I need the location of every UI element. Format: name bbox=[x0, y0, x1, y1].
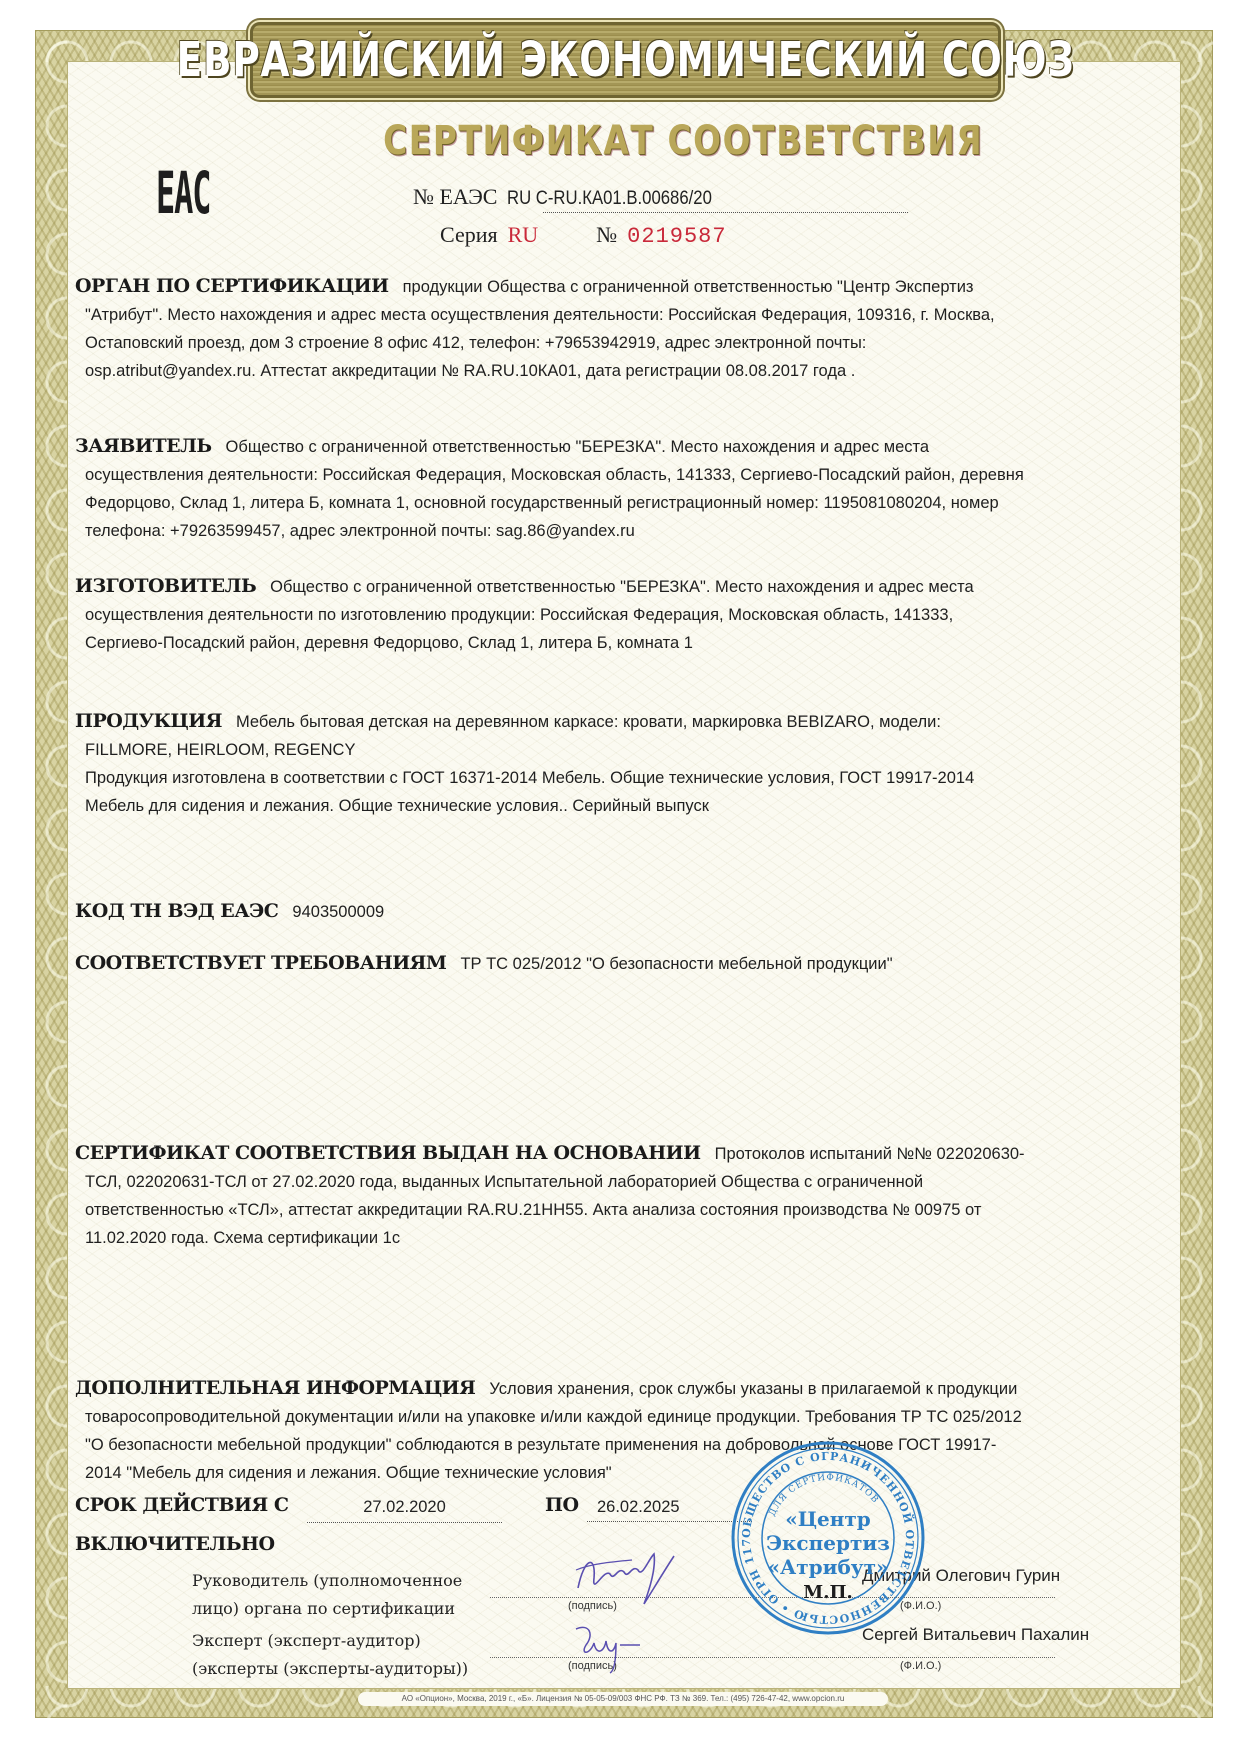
seal-place-label: М.П. bbox=[803, 1582, 852, 1603]
validity-to-label: ПО bbox=[545, 1494, 579, 1516]
blank-number-label: № bbox=[596, 222, 617, 247]
section-line: Продукция изготовлена в соответствии с Г… bbox=[75, 764, 1165, 792]
union-banner: ЕВРАЗИЙСКИЙ ЭКОНОМИЧЕСКИЙ СОЮЗ bbox=[250, 22, 1001, 98]
section-heading: СООТВЕТСТВУЕТ ТРЕБОВАНИЯМ bbox=[75, 952, 446, 974]
expert-label-line: (эксперты (эксперты-аудиторы)) bbox=[192, 1655, 492, 1683]
section-applicant: ЗАЯВИТЕЛЬОбщество с ограниченной ответст… bbox=[75, 432, 1165, 545]
section-line: "О безопасности мебельной продукции" соб… bbox=[75, 1431, 1165, 1459]
section-text: Общество с ограниченной ответственностью… bbox=[270, 578, 974, 596]
expert-handwritten-signature-icon bbox=[570, 1615, 650, 1675]
certificate-number: RU C-RU.КА01.В.00686/20 bbox=[507, 188, 712, 210]
section-text: Протоколов испытаний №№ 022020630- bbox=[715, 1145, 1025, 1163]
section-line: осуществления деятельности: Российская Ф… bbox=[75, 461, 1165, 489]
section-text: Условия хранения, срок службы указаны в … bbox=[489, 1380, 1017, 1398]
certificate-page: ЕВРАЗИЙСКИЙ ЭКОНОМИЧЕСКИЙ СОЮЗ СЕРТИФИКА… bbox=[0, 0, 1240, 1754]
certificate-title: СЕРТИФИКАТ СООТВЕТСТВИЯ bbox=[383, 118, 867, 166]
printer-imprint: АО «Опцион», Москва, 2019 г., «Б». Лицен… bbox=[358, 1692, 888, 1706]
section-line: Сергиево-Посадский район, деревня Федорц… bbox=[75, 629, 1165, 657]
hs-code-value: 9403500009 bbox=[292, 903, 384, 921]
section-line: Остаповский проезд, дом 3 строение 8 офи… bbox=[75, 329, 1165, 357]
union-title: ЕВРАЗИЙСКИЙ ЭКОНОМИЧЕСКИЙ СОЮЗ bbox=[176, 32, 1074, 88]
frame-ornament-left bbox=[35, 30, 67, 1718]
head-signatory-label: Руководитель (уполномоченное лицо) орган… bbox=[192, 1567, 492, 1623]
blank-number: 0219587 bbox=[627, 224, 726, 249]
section-line: Мебель для сидения и лежания. Общие техн… bbox=[75, 792, 1165, 820]
section-text: продукции Общества с ограниченной ответс… bbox=[403, 278, 974, 296]
section-line: 11.02.2020 года. Схема сертификации 1с bbox=[75, 1224, 1165, 1252]
section-text: Мебель бытовая детская на деревянном кар… bbox=[236, 713, 941, 731]
section-line: Федорцово, Склад 1, литера Б, комната 1,… bbox=[75, 489, 1165, 517]
section-line: FILLMORE, HEIRLOOM, REGENCY bbox=[75, 736, 1165, 764]
section-line: osp.atribut@yandex.ru. Аттестат аккредит… bbox=[75, 357, 1165, 385]
stamp-line-1: «Центр bbox=[785, 1507, 871, 1531]
section-certification-body: ОРГАН ПО СЕРТИФИКАЦИИпродукции Общества … bbox=[75, 272, 1165, 385]
certificate-number-label: № ЕАЭС bbox=[413, 184, 497, 209]
series-value: RU bbox=[508, 222, 539, 247]
expert-label-line: Эксперт (эксперт-аудитор) bbox=[192, 1627, 492, 1655]
name-caption: (Ф.И.О.) bbox=[900, 1660, 941, 1672]
section-line: ТСЛ, 022020631-ТСЛ от 27.02.2020 года, в… bbox=[75, 1168, 1165, 1196]
validity-from-date: 27.02.2020 bbox=[307, 1498, 502, 1523]
section-conformity: СООТВЕТСТВУЕТ ТРЕБОВАНИЯМТР ТС 025/2012 … bbox=[75, 949, 1165, 978]
section-heading: ДОПОЛНИТЕЛЬНАЯ ИНФОРМАЦИЯ bbox=[75, 1377, 475, 1399]
series-label: Серия bbox=[440, 222, 498, 247]
section-additional-info: ДОПОЛНИТЕЛЬНАЯ ИНФОРМАЦИЯУсловия хранени… bbox=[75, 1374, 1165, 1487]
section-heading: СЕРТИФИКАТ СООТВЕТСТВИЯ ВЫДАН НА ОСНОВАН… bbox=[75, 1142, 701, 1164]
section-hs-code: КОД ТН ВЭД ЕАЭС9403500009 bbox=[75, 897, 1165, 926]
expert-signatory-label: Эксперт (эксперт-аудитор) (эксперты (экс… bbox=[192, 1627, 492, 1683]
section-manufacturer: ИЗГОТОВИТЕЛЬОбщество с ограниченной отве… bbox=[75, 572, 1165, 657]
section-heading: ЗАЯВИТЕЛЬ bbox=[75, 435, 212, 457]
section-line: 2014 "Мебель для сидения и лежания. Общи… bbox=[75, 1459, 1165, 1487]
section-heading: ПРОДУКЦИЯ bbox=[75, 710, 222, 732]
section-line: ответственностью «ТСЛ», аттестат аккреди… bbox=[75, 1196, 1165, 1224]
certificate-number-row: № ЕАЭС RU C-RU.КА01.В.00686/20 bbox=[413, 184, 933, 214]
eac-logo-icon: ЕАС bbox=[156, 160, 182, 226]
validity-from-label: СРОК ДЕЙСТВИЯ С bbox=[75, 1494, 288, 1516]
section-text: Общество с ограниченной ответственностью… bbox=[226, 438, 930, 456]
section-product: ПРОДУКЦИЯМебель бытовая детская на дерев… bbox=[75, 707, 1165, 820]
head-label-line: лицо) органа по сертификации bbox=[192, 1595, 492, 1623]
section-line: осуществления деятельности по изготовлен… bbox=[75, 601, 1165, 629]
section-line: "Атрибут". Место нахождения и адрес мест… bbox=[75, 301, 1165, 329]
section-line: товаросопроводительной документации и/ил… bbox=[75, 1403, 1165, 1431]
section-heading: КОД ТН ВЭД ЕАЭС bbox=[75, 900, 278, 922]
seal-stamp-icon: ОБЩЕСТВО С ОГРАНИЧЕННОЙ ОТВЕТСТВЕННОСТЬЮ… bbox=[728, 1438, 928, 1638]
section-heading: ИЗГОТОВИТЕЛЬ bbox=[75, 575, 256, 597]
regulation-value: ТР ТС 025/2012 "О безопасности мебельной… bbox=[460, 955, 892, 973]
head-label-line: Руководитель (уполномоченное bbox=[192, 1567, 492, 1595]
validity-period: СРОК ДЕЙСТВИЯ С 27.02.2020 ПО 26.02.2025 bbox=[75, 1494, 775, 1524]
section-line: телефона: +79263599457, адрес электронно… bbox=[75, 517, 1165, 545]
head-handwritten-signature-icon bbox=[570, 1548, 680, 1608]
stamp-line-2: Экспертиз bbox=[766, 1531, 890, 1555]
series-row: Серия RU № 0219587 bbox=[440, 222, 900, 256]
frame-ornament-right bbox=[1181, 30, 1213, 1718]
validity-inclusive-label: ВКЛЮЧИТЕЛЬНО bbox=[75, 1533, 275, 1555]
section-heading: ОРГАН ПО СЕРТИФИКАЦИИ bbox=[75, 275, 389, 297]
section-issue-basis: СЕРТИФИКАТ СООТВЕТСТВИЯ ВЫДАН НА ОСНОВАН… bbox=[75, 1139, 1165, 1252]
number-underline bbox=[543, 212, 908, 213]
stamp-line-3: «Атрибут» bbox=[767, 1555, 888, 1579]
